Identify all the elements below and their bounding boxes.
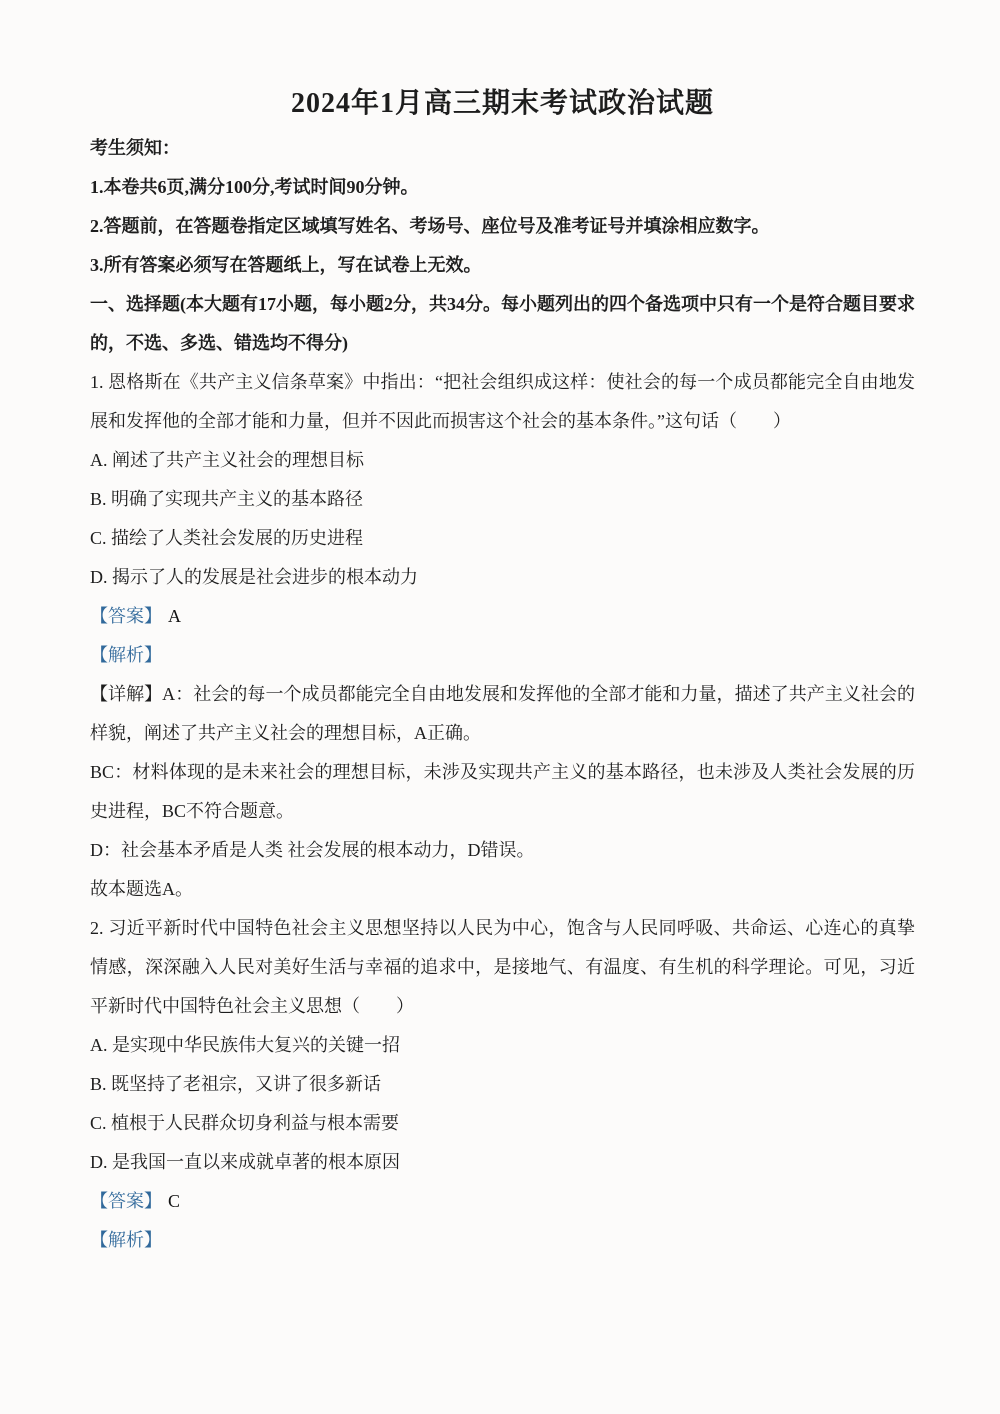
analysis-label: 【解析】 (90, 1230, 162, 1250)
answer-label: 【答案】 (90, 606, 162, 626)
question-1-option-a: A. 阐述了共产主义社会的理想目标 (90, 441, 915, 480)
question-2-stem: 2. 习近平新时代中国特色社会主义思想坚持以人民为中心，饱含与人民同呼吸、共命运… (90, 909, 915, 1026)
answer-label: 【答案】 (90, 1191, 162, 1211)
question-2-option-d: D. 是我国一直以来成就卓著的根本原因 (90, 1143, 915, 1182)
notice-item-1: 1.本卷共6页,满分100分,考试时间90分钟。 (90, 168, 915, 207)
notice-item-2: 2.答题前，在答题卷指定区域填写姓名、考场号、座位号及准考证号并填涂相应数字。 (90, 207, 915, 246)
question-1-option-c: C. 描绘了人类社会发展的历史进程 (90, 519, 915, 558)
page-title: 2024年1月高三期末考试政治试题 (90, 84, 915, 124)
question-1-explanation-4: 故本题选A。 (90, 870, 915, 909)
answer-value: A (162, 606, 181, 626)
question-2-option-a: A. 是实现中华民族伟大复兴的关键一招 (90, 1026, 915, 1065)
question-2-option-c: C. 植根于人民群众切身利益与根本需要 (90, 1104, 915, 1143)
question-1-explanation-3: D：社会基本矛盾是人类 社会发展的根本动力，D错误。 (90, 831, 915, 870)
question-1-option-b: B. 明确了实现共产主义的基本路径 (90, 480, 915, 519)
question-1-option-d: D. 揭示了人的发展是社会进步的根本动力 (90, 558, 915, 597)
question-1-explanation-1: 【详解】A：社会的每一个成员都能完全自由地发展和发挥他的全部才能和力量，描述了共… (90, 675, 915, 753)
question-1-stem: 1. 恩格斯在《共产主义信条草案》中指出：“把社会组织成这样：使社会的每一个成员… (90, 363, 915, 441)
question-1-analysis-line: 【解析】 (90, 636, 915, 675)
question-1-answer-line: 【答案】A (90, 597, 915, 636)
question-1-explanation-2: BC：材料体现的是未来社会的理想目标，未涉及实现共产主义的基本路径，也未涉及人类… (90, 753, 915, 831)
answer-value: C (162, 1191, 180, 1211)
question-2-option-b: B. 既坚持了老祖宗，又讲了很多新话 (90, 1065, 915, 1104)
analysis-label: 【解析】 (90, 645, 162, 665)
section-heading: 一、选择题(本大题有17小题，每小题2分，共34分。每小题列出的四个备选项中只有… (90, 285, 915, 363)
question-2-analysis-line: 【解析】 (90, 1221, 915, 1260)
exam-document: 2024年1月高三期末考试政治试题 考生须知： 1.本卷共6页,满分100分,考… (0, 0, 1000, 1414)
notice-heading: 考生须知： (90, 129, 915, 168)
question-2-answer-line: 【答案】C (90, 1182, 915, 1221)
notice-item-3: 3.所有答案必须写在答题纸上，写在试卷上无效。 (90, 246, 915, 285)
